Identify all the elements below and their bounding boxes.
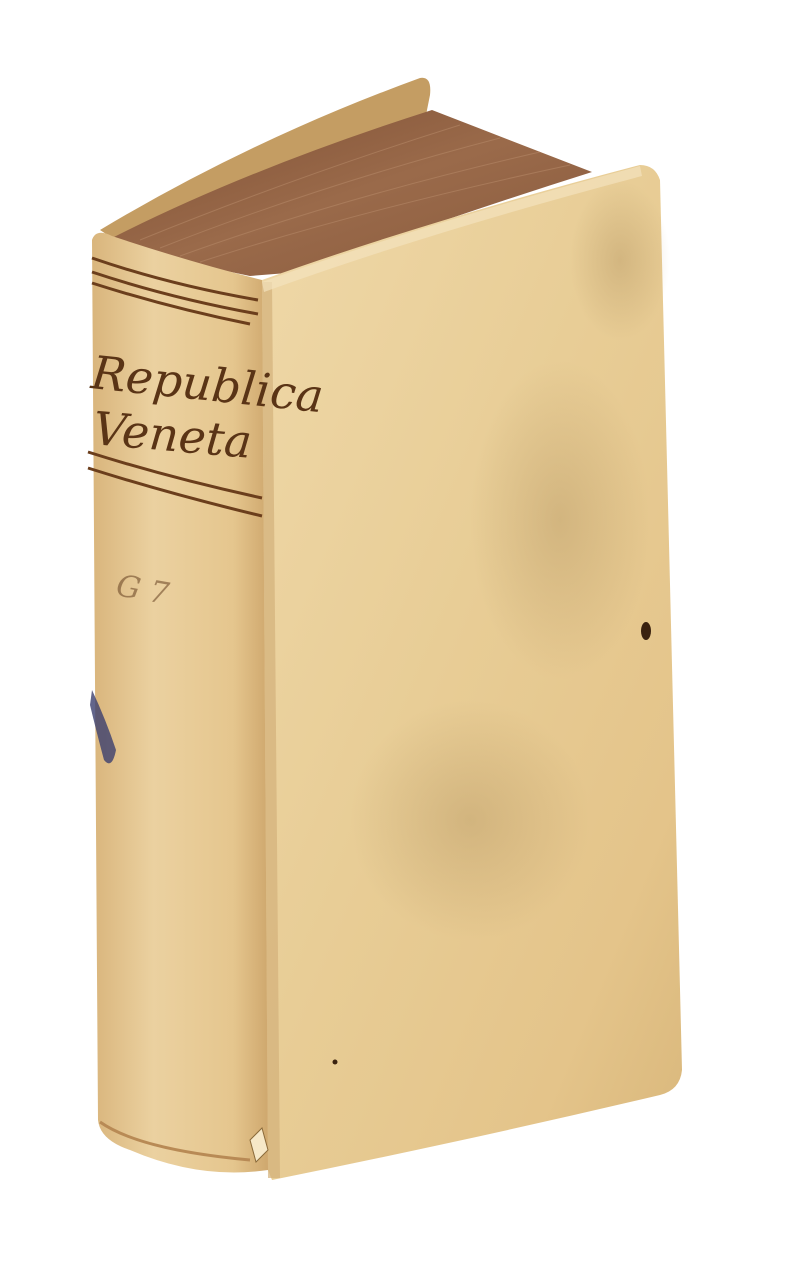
book-photo: Republica Veneta G 7 <box>0 0 800 1265</box>
hole-damage <box>641 622 651 640</box>
book-illustration: Republica Veneta G 7 <box>0 0 800 1265</box>
